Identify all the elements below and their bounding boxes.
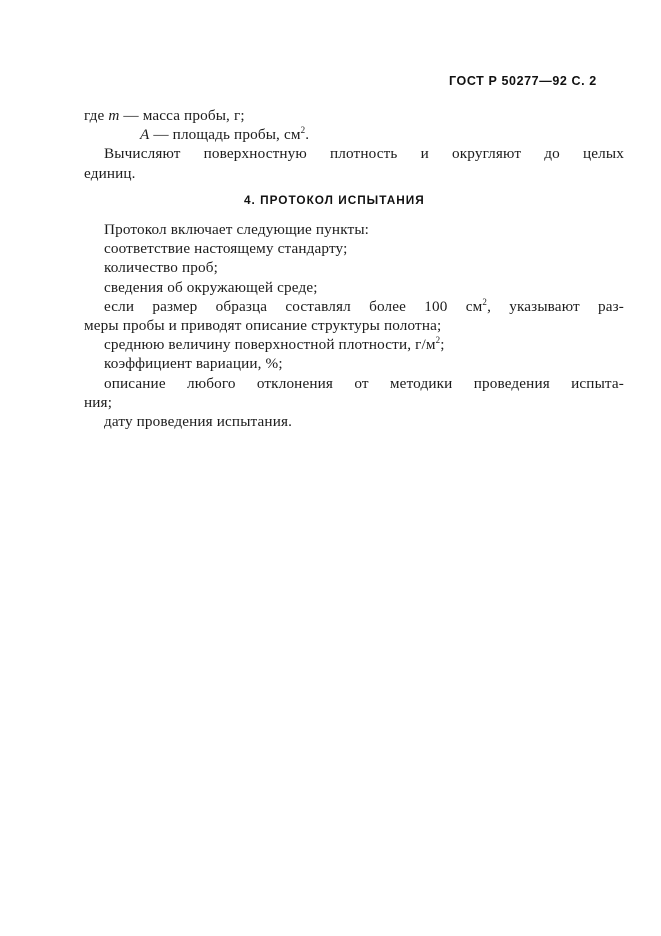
list-item: количество проб; xyxy=(84,258,624,277)
legend-a: A — площадь пробы, см2. xyxy=(84,125,624,144)
legend-m: где m — масса пробы, г; xyxy=(84,106,624,125)
list-item: сведения об окружающей среде; xyxy=(84,278,624,297)
legend-m-text: — масса пробы, г; xyxy=(119,107,244,124)
where-prefix: где xyxy=(84,107,108,124)
list-item-continuation: ния; xyxy=(84,393,624,412)
list-item-text: если размер образца составлял более 100 … xyxy=(104,298,482,315)
protocol-intro: Протокол включает следующие пункты: xyxy=(84,220,624,239)
list-item-text: среднюю величину поверхностной плотности… xyxy=(104,336,436,353)
list-item: коэффициент вариации, %; xyxy=(84,354,624,373)
list-item: описание любого отклонения от методики п… xyxy=(84,374,624,393)
legend-a-text: — площадь пробы, см xyxy=(149,126,300,143)
section-title: 4. ПРОТОКОЛ ИСПЫТАНИЯ xyxy=(244,193,425,207)
paragraph-line-1: Вычисляют поверхностную плотность и окру… xyxy=(84,144,624,163)
list-item: соответствие настоящему стандарту; xyxy=(84,239,624,258)
formula-explanation: где m — масса пробы, г; A — площадь проб… xyxy=(84,106,624,183)
list-item-continuation: меры пробы и приводят описание структуры… xyxy=(84,316,624,335)
list-item: если размер образца составлял более 100 … xyxy=(84,297,624,316)
legend-a-end: . xyxy=(305,126,309,143)
list-item-text: , указывают раз- xyxy=(487,298,624,315)
list-item: среднюю величину поверхностной плотности… xyxy=(84,335,624,354)
list-item: дату проведения испытания. xyxy=(84,412,624,431)
list-item-text: ; xyxy=(440,336,444,353)
protocol-list: Протокол включает следующие пункты: соот… xyxy=(84,220,624,431)
symbol-m: m xyxy=(108,107,119,124)
paragraph-line-2: единиц. xyxy=(84,164,624,183)
running-header: ГОСТ Р 50277—92 С. 2 xyxy=(449,74,597,88)
document-page: ГОСТ Р 50277—92 С. 2 где m — масса пробы… xyxy=(0,0,661,936)
